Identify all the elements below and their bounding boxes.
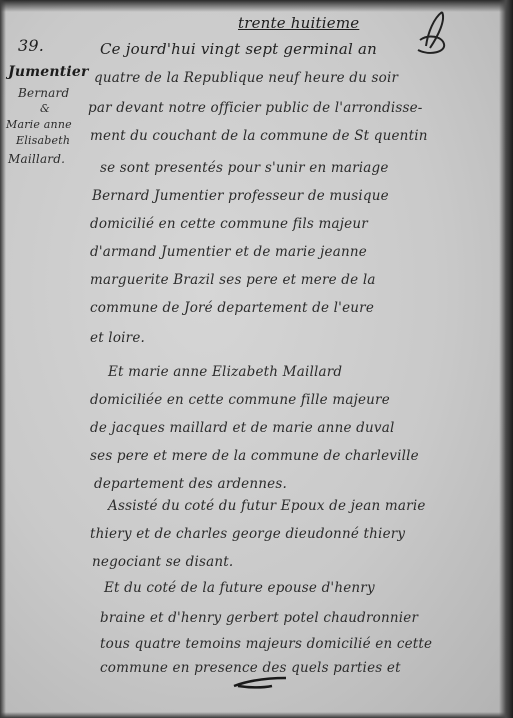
body-line: domiciliée en cette commune fille majeur… [90,392,390,408]
body-line: commune en presence des quels parties et [100,660,401,676]
margin-and: & [40,102,50,115]
body-line: quatre de la Republique neuf heure du so… [94,70,398,86]
page-heading: trente huitieme [238,14,359,32]
body-line: ment du couchant de la commune de St que… [90,128,428,144]
pen-stroke-mark-icon [232,676,288,690]
body-line: Et du coté de la future epouse d'henry [104,580,375,596]
document-page: trente huitieme 39. Jumentier Bernard & … [0,0,513,718]
body-line: par devant notre officier public de l'ar… [88,100,423,116]
page-edge-shadow [0,0,6,718]
margin-groom-name: Bernard [18,86,69,100]
margin-bride-surname: Maillard. [8,152,65,166]
body-line: d'armand Jumentier et de marie jeanne [90,244,367,260]
body-line: negociant se disant. [92,554,233,570]
body-line: se sont presentés pour s'unir en mariage [100,160,389,176]
body-line: et loire. [90,330,145,346]
body-line: thiery et de charles george dieudonné th… [90,526,405,542]
body-line: Assisté du coté du futur Epoux de jean m… [108,498,426,514]
margin-bride-name: Marie anne [6,118,72,131]
page-edge-shadow [0,712,513,718]
body-line: braine et d'henry gerbert potel chaudron… [100,610,418,626]
margin-surname: Jumentier [8,64,89,80]
body-line: domicilié en cette commune fils majeur [90,216,368,232]
body-line: Et marie anne Elizabeth Maillard [108,364,342,380]
margin-bride-name: Elisabeth [16,134,70,147]
paraph-flourish-icon [412,10,452,58]
body-line: Ce jourd'hui vingt sept germinal an [100,40,377,58]
body-line: Bernard Jumentier professeur de musique [92,188,389,204]
entry-number: 39. [18,36,44,55]
body-line: commune de Joré departement de l'eure [90,300,374,316]
body-line: de jacques maillard et de marie anne duv… [90,420,394,436]
body-line: marguerite Brazil ses pere et mere de la [90,272,376,288]
body-line: departement des ardennes. [94,476,287,492]
body-line: ses pere et mere de la commune de charle… [90,448,419,464]
body-line: tous quatre temoins majeurs domicilié en… [100,636,432,652]
